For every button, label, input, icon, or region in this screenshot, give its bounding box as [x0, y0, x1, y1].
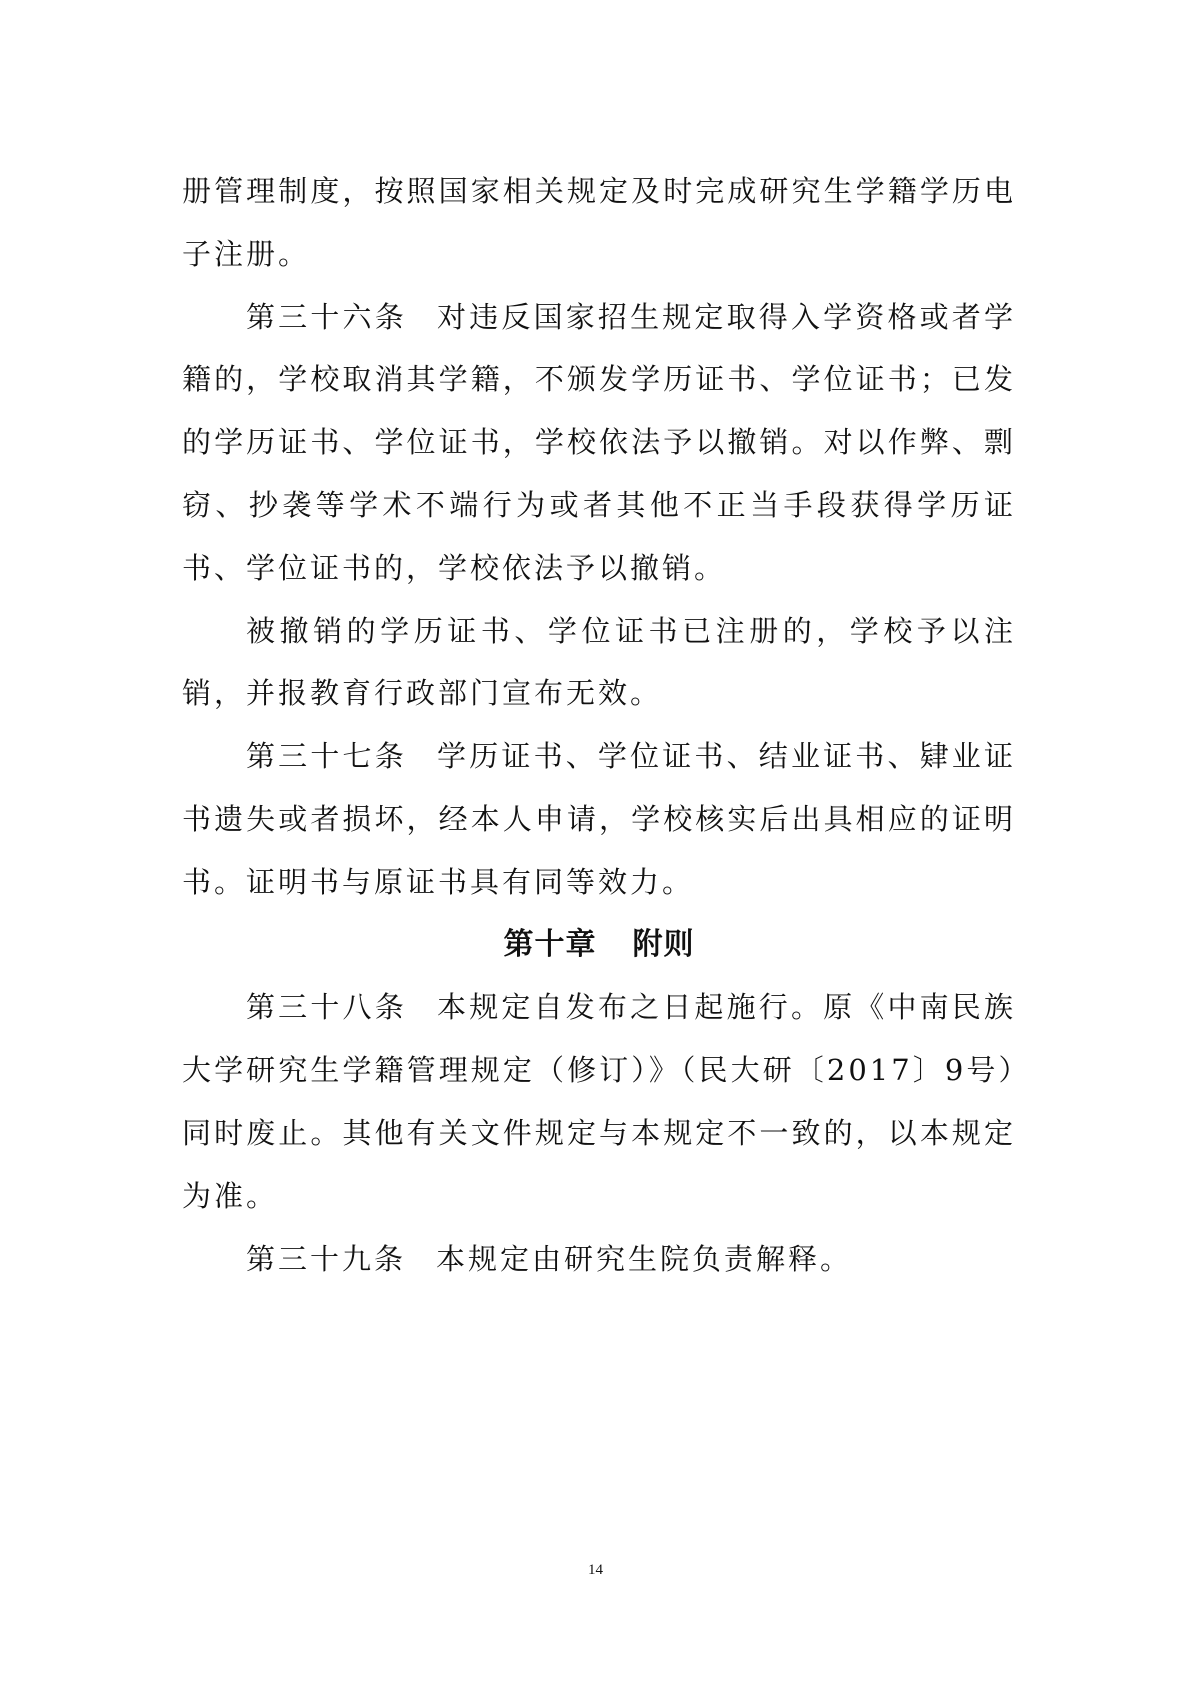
chapter-heading: 第十章附则 [182, 914, 1016, 977]
article-number: 第三十八条 [246, 990, 407, 1024]
document-page: 册管理制度，按照国家相关规定及时完成研究生学籍学历电子注册。 第三十六条对违反国… [0, 0, 1191, 1684]
page-number: 14 [0, 1562, 1191, 1579]
body-text: 册管理制度，按照国家相关规定及时完成研究生学籍学历电子注册。 第三十六条对违反国… [182, 160, 1016, 1290]
article-text: 本规定由研究生院负责解释。 [436, 1242, 852, 1276]
article-37-paragraph: 第三十七条学历证书、学位证书、结业证书、肄业证书遗失或者损坏，经本人申请，学校核… [182, 725, 1016, 913]
chapter-number: 第十章 [504, 927, 597, 962]
article-text: 对违反国家招生规定取得入学资格或者学籍的，学校取消其学籍，不颁发学历证书、学位证… [182, 300, 1016, 585]
continuation-paragraph: 册管理制度，按照国家相关规定及时完成研究生学籍学历电子注册。 [182, 160, 1016, 286]
article-number: 第三十七条 [246, 739, 407, 773]
chapter-title: 附则 [633, 927, 695, 962]
article-36-paragraph: 第三十六条对违反国家招生规定取得入学资格或者学籍的，学校取消其学籍，不颁发学历证… [182, 286, 1016, 600]
article-39-paragraph: 第三十九条本规定由研究生院负责解释。 [182, 1228, 1016, 1291]
article-number: 第三十九条 [246, 1242, 406, 1276]
article-number: 第三十六条 [246, 300, 407, 334]
article-38-paragraph: 第三十八条本规定自发布之日起施行。原《中南民族大学研究生学籍管理规定（修订）》（… [182, 976, 1016, 1227]
article-36-paragraph-2: 被撤销的学历证书、学位证书已注册的，学校予以注销，并报教育行政部门宣布无效。 [182, 600, 1016, 726]
